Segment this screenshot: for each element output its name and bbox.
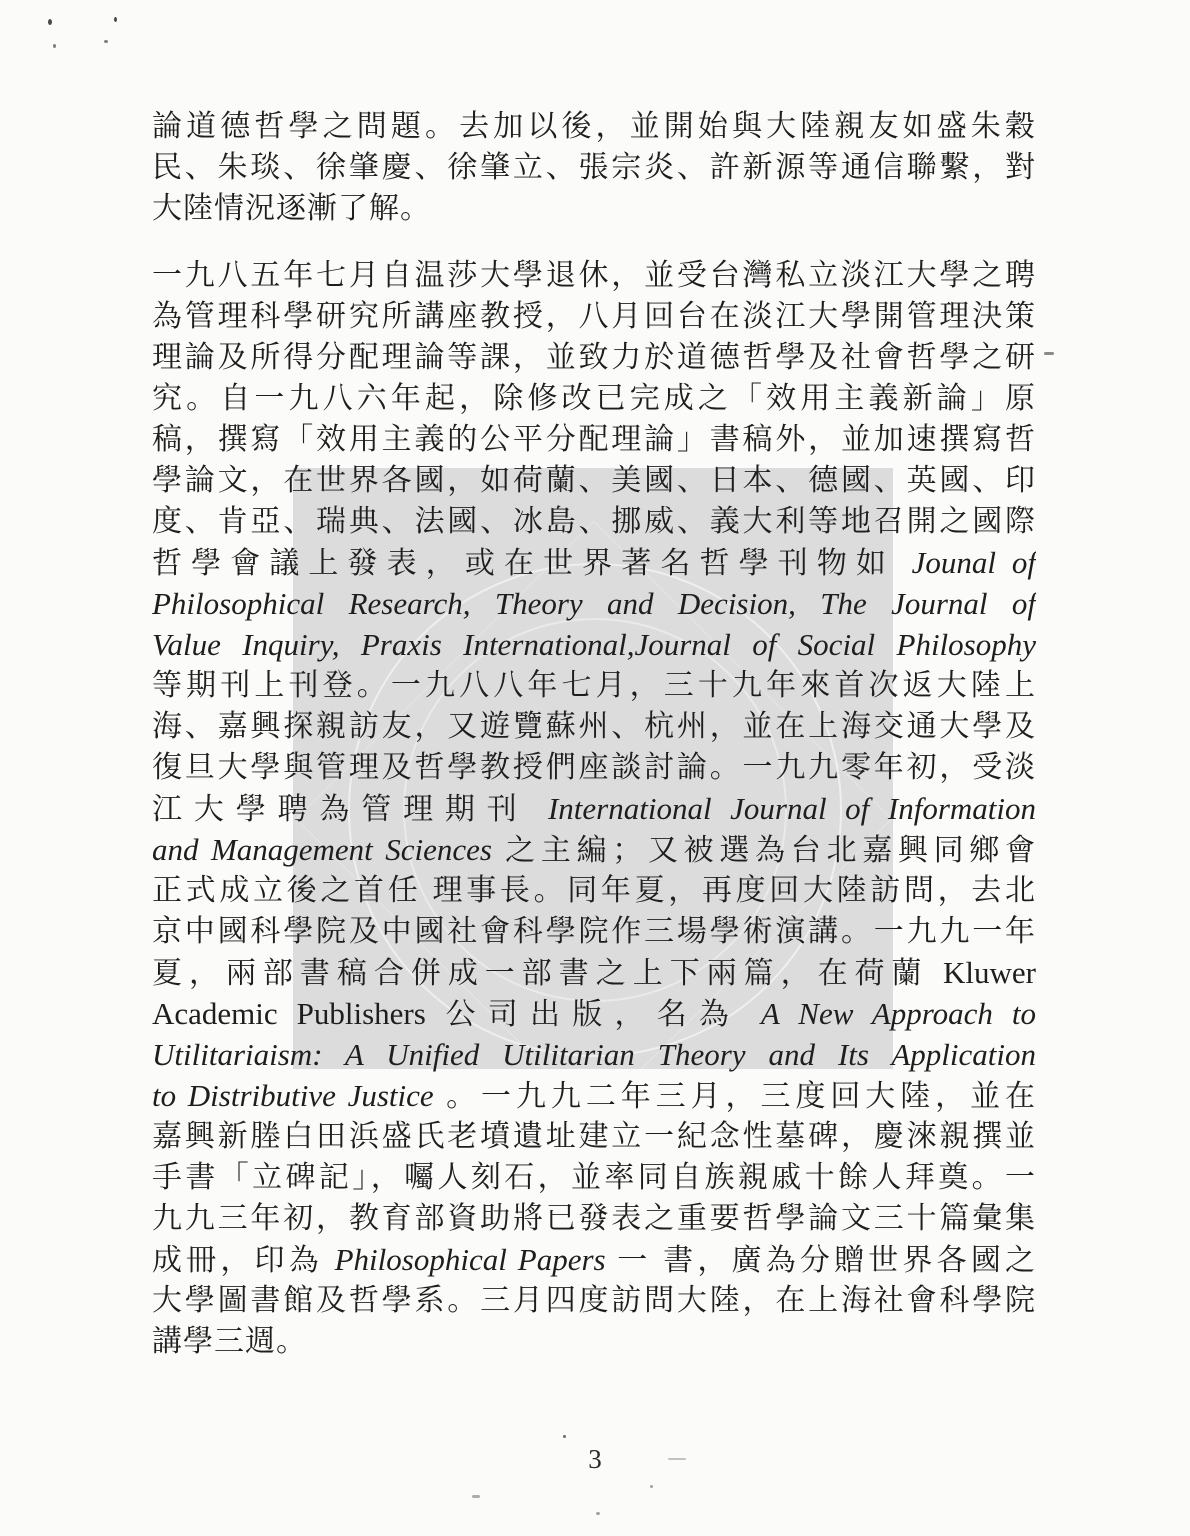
text-line: 論道德哲學之問題。去加以後，並開始與大陸親友如盛朱穀 bbox=[152, 106, 1036, 147]
text-segment-it: Philosophical Research, Theory and Decis… bbox=[152, 586, 1036, 621]
page-text: 論道德哲學之問題。去加以後，並開始與大陸親友如盛朱穀民、朱琰、徐肇慶、徐肇立、張… bbox=[152, 106, 1036, 1362]
scan-mark bbox=[472, 1495, 480, 1498]
text-line: 大陸情況逐漸了解。 bbox=[152, 188, 1036, 229]
text-segment-cjk: 為管理科學研究所講座教授，八月回台在淡江大學開管理決策 bbox=[152, 300, 1036, 333]
text-segment-rm: Kluwer bbox=[943, 955, 1036, 990]
text-segment-cjk: 理論及所得分配理論等課，並致力於道德哲學及社會哲學之研 bbox=[152, 341, 1036, 374]
paragraph-1: 論道德哲學之問題。去加以後，並開始與大陸親友如盛朱穀民、朱琰、徐肇慶、徐肇立、張… bbox=[152, 106, 1036, 229]
text-segment-cjk: 復旦大學與管理及哲學教授們座談討論。一九九零年初，受淡 bbox=[152, 751, 1036, 784]
text-line: to Distributive Justice 。一九九二年三月，三度回大陸，並… bbox=[152, 1075, 1036, 1116]
text-segment-cjk: 。一九九二年三月，三度回大陸，並在 bbox=[434, 1080, 1036, 1113]
text-line: 一九八五年七月自温莎大學退休，並受台灣私立淡江大學之聘 bbox=[152, 255, 1036, 296]
text-segment-rm: Academic Publishers bbox=[152, 996, 426, 1031]
text-segment-cjk: 夏，兩部書稿合併成一部書之上下兩篇，在荷蘭 bbox=[152, 957, 943, 990]
scanned-document-page: 論道德哲學之問題。去加以後，並開始與大陸親友如盛朱穀民、朱琰、徐肇慶、徐肇立、張… bbox=[0, 0, 1190, 1536]
text-line: 學論文，在世界各國，如荷蘭、美國、日本、德國、英國、印 bbox=[152, 460, 1036, 501]
text-segment-cjk: 大陸情況逐漸了解。 bbox=[152, 192, 431, 225]
text-line: 哲學會議上發表，或在世界著名哲學刊物如 Jounal of bbox=[152, 542, 1036, 583]
text-line: 為管理科學研究所講座教授，八月回台在淡江大學開管理決策 bbox=[152, 296, 1036, 337]
text-line: 成冊，印為 Philosophical Papers 一 書，廣為分贈世界各國之 bbox=[152, 1239, 1036, 1280]
text-segment-cjk: 講學三週。 bbox=[152, 1325, 307, 1358]
text-line: 嘉興新塍白田浜盛氏老墳遺址建立一紀念性墓碑，慶淶親撰並 bbox=[152, 1116, 1036, 1157]
text-line: 正式成立後之首任 理事長。同年夏，再度回大陸訪問，去北 bbox=[152, 870, 1036, 911]
text-segment-cjk: 一九八五年七月自温莎大學退休，並受台灣私立淡江大學之聘 bbox=[152, 259, 1036, 292]
text-line: 講學三週。 bbox=[152, 1321, 1036, 1362]
text-segment-cjk: 究。自一九八六年起，除修改已完成之「效用主義新論」原 bbox=[152, 382, 1036, 415]
text-segment-cjk: 度、肯亞、瑞典、法國、冰島、挪威、義大利等地召開之國際 bbox=[152, 505, 1036, 538]
text-segment-cjk: 嘉興新塍白田浜盛氏老墳遺址建立一紀念性墓碑，慶淶親撰並 bbox=[152, 1120, 1036, 1153]
text-segment-cjk: 公司出版，名為 bbox=[426, 998, 761, 1031]
text-line: Utilitariaism: A Unified Utilitarian The… bbox=[152, 1034, 1036, 1075]
text-line: Academic Publishers 公司出版，名為 A New Approa… bbox=[152, 993, 1036, 1034]
text-segment-cjk: 大學圖書館及哲學系。三月四度訪問大陸，在上海社會科學院 bbox=[152, 1284, 1036, 1317]
text-line: Philosophical Research, Theory and Decis… bbox=[152, 583, 1036, 624]
text-segment-cjk: 民、朱琰、徐肇慶、徐肇立、張宗炎、許新源等通信聯繫，對 bbox=[152, 151, 1036, 184]
text-line: 民、朱琰、徐肇慶、徐肇立、張宗炎、許新源等通信聯繫，對 bbox=[152, 147, 1036, 188]
text-line: 復旦大學與管理及哲學教授們座談討論。一九九零年初，受淡 bbox=[152, 747, 1036, 788]
text-segment-cjk: 稿，撰寫「效用主義的公平分配理論」書稿外，並加速撰寫哲 bbox=[152, 423, 1036, 456]
text-segment-it: and Management Sciences bbox=[152, 832, 492, 867]
text-line: 手書「立碑記」，囑人刻石，並率同自族親戚十餘人拜奠。一 bbox=[152, 1157, 1036, 1198]
scan-mark bbox=[1044, 352, 1054, 355]
text-segment-cjk: 之主編；又被選為台北嘉興同鄉會 bbox=[492, 834, 1036, 867]
text-segment-it: Utilitariaism: A Unified Utilitarian The… bbox=[152, 1037, 1036, 1072]
text-line: 究。自一九八六年起，除修改已完成之「效用主義新論」原 bbox=[152, 378, 1036, 419]
text-line: 夏，兩部書稿合併成一部書之上下兩篇，在荷蘭 Kluwer bbox=[152, 952, 1036, 993]
text-segment-cjk: 江大學聘為管理期刊 bbox=[152, 793, 548, 826]
text-line: 海、嘉興探親訪友，又遊覽蘇州、杭州，並在上海交通大學及 bbox=[152, 706, 1036, 747]
text-line: 等期刊上刊登。一九八八年七月，三十九年來首次返大陸上 bbox=[152, 665, 1036, 706]
text-segment-cjk: 手書「立碑記」，囑人刻石，並率同自族親戚十餘人拜奠。一 bbox=[152, 1161, 1036, 1194]
text-line: and Management Sciences 之主編；又被選為台北嘉興同鄉會 bbox=[152, 829, 1036, 870]
scan-speck bbox=[114, 17, 117, 22]
text-line: 度、肯亞、瑞典、法國、冰島、挪威、義大利等地召開之國際 bbox=[152, 501, 1036, 542]
text-segment-cjk: 哲學會議上發表，或在世界著名哲學刊物如 bbox=[152, 547, 912, 580]
text-segment-it: to Distributive Justice bbox=[152, 1078, 434, 1113]
scan-speck bbox=[53, 44, 56, 48]
scan-speck bbox=[104, 40, 108, 43]
text-segment-cjk: 論道德哲學之問題。去加以後，並開始與大陸親友如盛朱穀 bbox=[152, 110, 1036, 143]
scan-mark bbox=[668, 1458, 686, 1460]
text-segment-it: Value Inquiry, Praxis International,Jour… bbox=[152, 627, 1036, 662]
text-line: 稿，撰寫「效用主義的公平分配理論」書稿外，並加速撰寫哲 bbox=[152, 419, 1036, 460]
scan-speck bbox=[48, 19, 52, 25]
text-segment-it: A New Approach to bbox=[761, 996, 1036, 1031]
text-line: 京中國科學院及中國社會科學院作三場學術演講。一九九一年 bbox=[152, 911, 1036, 952]
text-segment-cjk: 京中國科學院及中國社會科學院作三場學術演講。一九九一年 bbox=[152, 915, 1036, 948]
text-segment-cjk: 海、嘉興探親訪友，又遊覽蘇州、杭州，並在上海交通大學及 bbox=[152, 710, 1036, 743]
text-line: 江大學聘為管理期刊 International Journal of Infor… bbox=[152, 788, 1036, 829]
page-number: 3 bbox=[0, 1444, 1190, 1475]
text-line: 大學圖書館及哲學系。三月四度訪問大陸，在上海社會科學院 bbox=[152, 1280, 1036, 1321]
scan-speck bbox=[596, 1512, 600, 1515]
scan-speck bbox=[563, 1435, 566, 1438]
text-segment-cjk: 學論文，在世界各國，如荷蘭、美國、日本、德國、英國、印 bbox=[152, 464, 1036, 497]
text-segment-it: Philosophical Papers bbox=[335, 1242, 606, 1277]
scan-speck bbox=[650, 1485, 653, 1488]
text-segment-it: International Journal of Information bbox=[548, 791, 1036, 826]
text-segment-cjk: 成冊，印為 bbox=[152, 1244, 335, 1277]
paragraph-2: 一九八五年七月自温莎大學退休，並受台灣私立淡江大學之聘為管理科學研究所講座教授，… bbox=[152, 255, 1036, 1362]
text-line: Value Inquiry, Praxis International,Jour… bbox=[152, 624, 1036, 665]
text-segment-cjk: 一 書，廣為分贈世界各國之 bbox=[606, 1244, 1036, 1277]
text-segment-cjk: 九九三年初，教育部資助將已發表之重要哲學論文三十篇彙集 bbox=[152, 1202, 1036, 1235]
text-segment-cjk: 等期刊上刊登。一九八八年七月，三十九年來首次返大陸上 bbox=[152, 669, 1036, 702]
text-segment-it: Jounal of bbox=[912, 545, 1036, 580]
text-line: 理論及所得分配理論等課，並致力於道德哲學及社會哲學之研 bbox=[152, 337, 1036, 378]
text-line: 九九三年初，教育部資助將已發表之重要哲學論文三十篇彙集 bbox=[152, 1198, 1036, 1239]
text-segment-cjk: 正式成立後之首任 理事長。同年夏，再度回大陸訪問，去北 bbox=[152, 874, 1036, 907]
